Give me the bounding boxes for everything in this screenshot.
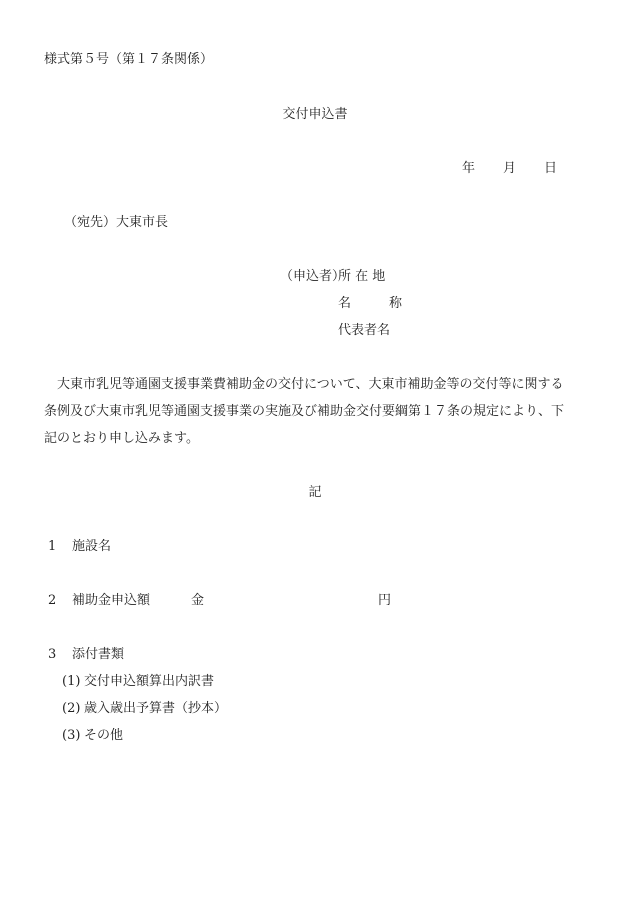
attachment-label: 交付申込額算出内訳書 [84,674,214,689]
item-number: 3 [48,648,72,661]
attachment-item: (2)歳入歳出予算書（抄本） [62,702,227,715]
body-line-2: 条例及び大東市乳児等通園支援事業の実施及び補助金交付要綱第１７条の規定により、下 [44,398,584,425]
amount-prefix: 金 [191,594,204,607]
applicant-name-label-part-2: 称 [389,296,402,311]
applicant-representative-label: 代表者名 [338,324,390,337]
applicant-address-label: 所 在 地 [338,270,385,283]
attachment-number: (1) [62,675,84,688]
document-title: 交付申込書 [0,108,630,121]
item-attachments: 3添付書類 [48,648,124,661]
amount-suffix: 円 [378,594,391,607]
ki-heading: 記 [0,486,630,499]
item-number: 1 [48,540,72,553]
attachment-label: その他 [84,728,123,743]
body-line-3: 記のとおり申し込みます。 [44,425,584,452]
attachment-label: 歳入歳出予算書（抄本） [84,701,227,716]
item-number: 2 [48,594,72,607]
date-day-label: 日 [544,162,557,175]
body-paragraph: 大東市乳児等通園支援事業費補助金の交付について、大東市補助金等の交付等に関する … [44,371,584,452]
item-label: 補助金申込額 [72,593,150,608]
body-line-1: 大東市乳児等通園支援事業費補助金の交付について、大東市補助金等の交付等に関する [44,371,584,398]
attachment-number: (3) [62,729,84,742]
date-month-label: 月 [503,162,516,175]
applicant-name-label-part-1: 名 [338,296,351,311]
applicant-label: （申込者） [280,270,345,283]
item-label: 添付書類 [72,647,124,662]
applicant-name-label: 名称 [338,297,402,310]
addressee: （宛先）大東市長 [64,216,168,229]
attachment-number: (2) [62,702,84,715]
item-subsidy-amount: 2補助金申込額 [48,594,150,607]
item-label: 施設名 [72,539,111,554]
item-facility-name: 1施設名 [48,540,111,553]
attachment-item: (3)その他 [62,729,123,742]
form-number: 様式第５号（第１７条関係） [44,53,213,66]
date-year-label: 年 [462,162,475,175]
attachment-item: (1)交付申込額算出内訳書 [62,675,214,688]
